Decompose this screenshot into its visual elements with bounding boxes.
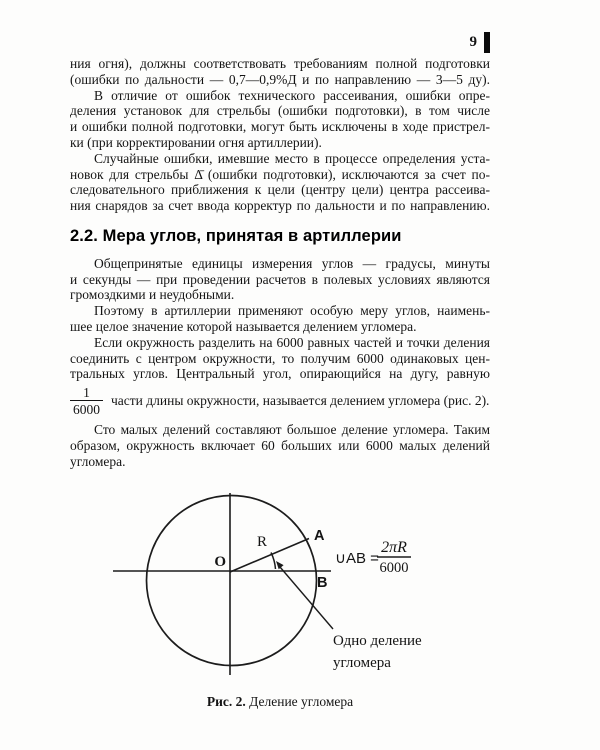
text-line: Поэтому в артиллерии применяют особую ме…: [70, 303, 490, 319]
center-o-label: O: [214, 554, 226, 570]
page-edge-mark: [484, 32, 490, 53]
section-heading: 2.2. Мера углов, принятая в артиллерии: [70, 229, 490, 245]
formula-numerator: 2πR: [381, 539, 407, 556]
page-header: 9: [470, 32, 491, 53]
paragraph-7: Сто малых делений составляют большое дел…: [70, 422, 490, 469]
text-line: и секунды — при проведении расчетов в по…: [70, 272, 490, 288]
inline-fraction: 1 6000: [70, 385, 103, 417]
angle-arc-mark: [271, 553, 276, 570]
body-text: ния огня), должны соответствовать требов…: [70, 56, 490, 470]
text-line: Случайные ошибки, имевшие место в процес…: [70, 151, 490, 167]
text-line: ки (при корректировании огня артиллерии)…: [70, 135, 490, 151]
text-line: громоздкими и неудобными.: [70, 287, 490, 303]
text-line: Сто малых делений составляют большое дел…: [70, 422, 490, 438]
point-a-label: A: [314, 528, 325, 544]
text-line: и ошибки полной подготовки, могут быть и…: [70, 119, 490, 135]
text-line: деления установок для стрельбы (ошибки п…: [70, 103, 490, 119]
fraction-numerator: 1: [81, 385, 92, 400]
arrowhead-icon: [276, 561, 284, 569]
text-line: шее целое значение которой называется де…: [70, 319, 490, 335]
text-line: угломера.: [70, 454, 490, 470]
annotation-text-line2: угломера: [333, 655, 391, 671]
text-line: соединить с центром окружности, то получ…: [70, 351, 490, 367]
paragraph-1: ния огня), должны соответствовать требов…: [70, 56, 490, 88]
paragraph-4: Общепринятые единицы измерения углов — г…: [70, 256, 490, 303]
text-line: новок для стрельбы Δ̄ (ошибки подготовки…: [70, 167, 490, 183]
book-page: 9 ния огня), должны соответствовать треб…: [0, 0, 600, 750]
caption-text: Деление угломера: [249, 694, 353, 709]
text-line: ния огня), должны соответствовать требов…: [70, 56, 490, 72]
point-b-label: B: [317, 575, 327, 591]
text-line: В отличие от ошибок технического рассеив…: [70, 88, 490, 104]
text-line: (ошибки по дальности — 0,7—0,9%Д и по на…: [70, 72, 490, 88]
text-line: Общепринятые единицы измерения углов — г…: [70, 256, 490, 272]
fraction-denominator: 6000: [70, 400, 103, 417]
radius-r-label: R: [257, 534, 267, 550]
text-line: части длины окружности, называется делен…: [111, 393, 490, 409]
figure-caption: Рис. 2. Деление угломера: [70, 694, 490, 710]
text-line: Если окружность разделить на 6000 равных…: [70, 335, 490, 351]
formula-denominator: 6000: [380, 560, 409, 576]
annotation-text-line1: Одно деление: [333, 633, 422, 649]
caption-prefix: Рис. 2.: [207, 694, 246, 709]
figure-protractor-division: O R A B ∪AB = 2πR 6000 Одно деление угло…: [90, 486, 510, 693]
text-line: образом, окружность включает 60 больших …: [70, 438, 490, 454]
fraction-line: 1 6000 части длины окружности, называетс…: [70, 385, 490, 417]
page-number: 9: [470, 34, 478, 51]
paragraph-6: Если окружность разделить на 6000 равных…: [70, 335, 490, 382]
figure-svg: O R A B ∪AB = 2πR 6000 Одно деление угло…: [90, 486, 510, 693]
paragraph-3: Случайные ошибки, имевшие место в процес…: [70, 151, 490, 214]
radius-line: [230, 539, 309, 573]
text-line: ния снарядов за счет ввода корректур по …: [70, 198, 490, 214]
text-line: тральных углов. Центральный угол, опираю…: [70, 366, 490, 382]
text-line: следовательного приближения к цели (цент…: [70, 182, 490, 198]
paragraph-5: Поэтому в артиллерии применяют особую ме…: [70, 303, 490, 335]
paragraph-2: В отличие от ошибок технического рассеив…: [70, 88, 490, 151]
formula-lhs: ∪AB =: [335, 550, 379, 567]
